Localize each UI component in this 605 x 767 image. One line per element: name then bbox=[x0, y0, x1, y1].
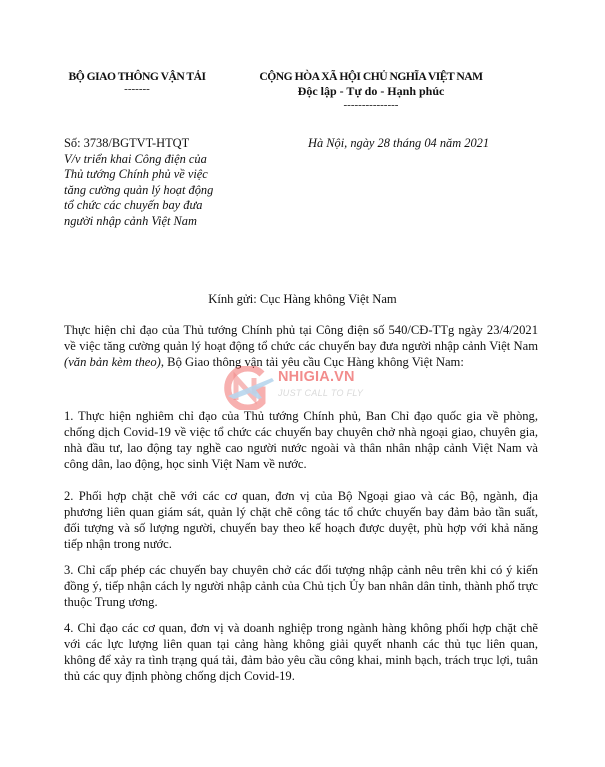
intro-text: Thực hiện chỉ đạo của Thủ tướng Chính ph… bbox=[64, 323, 538, 353]
document-reference: Số: 3738/BGTVT-HTQT V/v triển khai Công … bbox=[64, 136, 224, 230]
watermark: NHIGIA.VN JUST CALL TO FLY bbox=[222, 366, 422, 410]
intro-paragraph: Thực hiện chỉ đạo của Thủ tướng Chính ph… bbox=[64, 322, 538, 370]
salutation: Kính gửi: Cục Hàng không Việt Nam bbox=[0, 292, 605, 307]
intro-attachment-note: (văn bản kèm theo) bbox=[64, 355, 161, 369]
national-header: CỘNG HÒA XÃ HỘI CHỦ NGHĨA VIỆT NAM Độc l… bbox=[236, 70, 506, 111]
list-item: 3. Chỉ cấp phép các chuyến bay chuyên ch… bbox=[64, 562, 538, 610]
document-page: BỘ GIAO THÔNG VẬN TẢI ------- CỘNG HÒA X… bbox=[0, 0, 605, 767]
watermark-brand: NHIGIA.VN bbox=[278, 369, 355, 385]
list-item: 4. Chỉ đạo các cơ quan, đơn vị và doanh … bbox=[64, 620, 538, 684]
national-motto: Độc lập - Tự do - Hạnh phúc bbox=[236, 84, 506, 99]
agency-name: BỘ GIAO THÔNG VẬN TẢI bbox=[62, 70, 212, 83]
document-number: Số: 3738/BGTVT-HTQT bbox=[64, 136, 224, 152]
nation-name: CỘNG HÒA XÃ HỘI CHỦ NGHĨA VIỆT NAM bbox=[236, 70, 506, 83]
motto-divider: --------------- bbox=[236, 99, 506, 111]
airplane-logo-icon bbox=[222, 366, 278, 410]
watermark-tagline: JUST CALL TO FLY bbox=[278, 388, 363, 398]
agency-divider: ------- bbox=[62, 83, 212, 95]
place-date: Hà Nội, ngày 28 tháng 04 năm 2021 bbox=[308, 136, 489, 151]
list-item: 1. Thực hiện nghiêm chỉ đạo của Thủ tướn… bbox=[64, 408, 538, 472]
agency-header: BỘ GIAO THÔNG VẬN TẢI ------- bbox=[62, 70, 212, 95]
document-subject: V/v triển khai Công điện của Thủ tướng C… bbox=[64, 152, 224, 230]
list-item: 2. Phối hợp chặt chẽ với các cơ quan, đơ… bbox=[64, 488, 538, 552]
